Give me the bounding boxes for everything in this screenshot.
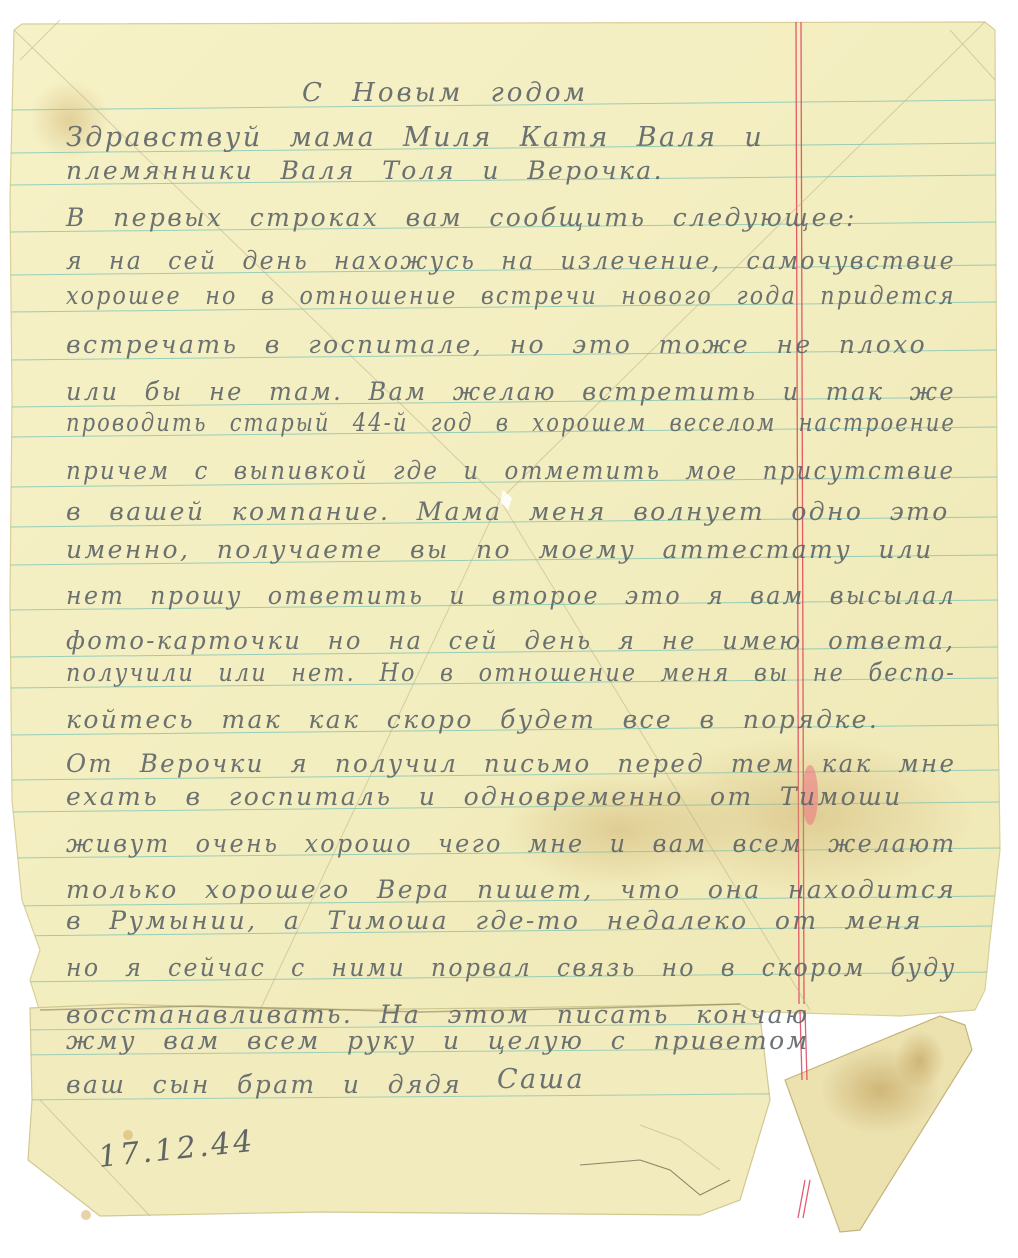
signature: Саша	[497, 1066, 585, 1093]
letter-line: встречать в госпитале, но это тоже не пл…	[66, 332, 927, 357]
letter-line: хорошее но в отношение встречи нового го…	[66, 283, 956, 308]
letter-line: или бы не там. Вам желаю встретить и так…	[66, 379, 956, 404]
letter-line: в Румынии, а Тимоша где-то недалеко от м…	[66, 908, 923, 933]
letter-line: фото-карточки но на сей день я не имею о…	[66, 628, 955, 653]
letter-line: получили или нет. Но в отношение меня вы…	[66, 660, 956, 685]
letter-line: нет прошу ответить и второе это я вам вы…	[66, 583, 956, 608]
letter-line: проводить старый 44-й год в хорошем весе…	[66, 410, 956, 435]
letter-line: только хорошего Вера пишет, что она нахо…	[66, 877, 956, 902]
letter-line: я на сей день нахожусь на излечение, сам…	[66, 248, 956, 273]
letter-body: С Новым годом Здравствуй мама Миля Катя …	[0, 0, 1018, 1258]
letter-line: причем с выпивкой где и отметить мое при…	[66, 458, 955, 483]
letter-line: ехать в госпиталь и одновременно от Тимо…	[66, 784, 903, 809]
letter-line: От Верочки я получил письмо перед тем ка…	[66, 751, 956, 776]
letter-line: ваш сын брат и дядя	[66, 1072, 462, 1097]
letter-line: Здравствуй мама Миля Катя Валя и	[66, 124, 764, 151]
letter-line: в вашей компание. Мама меня волнует одно…	[66, 499, 950, 524]
letter-line: именно, получаете вы по моему аттестату …	[66, 537, 934, 562]
letter-line: племянники Валя Толя и Верочка.	[66, 158, 664, 183]
letter-line: жму вам всем руку и целую с приветом	[66, 1028, 810, 1053]
letter-date: 17.12.44	[97, 1127, 257, 1173]
letter-line: койтесь так как скоро будет все в порядк…	[66, 707, 879, 732]
letter-line: живут очень хорошо чего мне и вам всем ж…	[66, 831, 956, 856]
letter-line: но я сейчас с ними порвал связь но в ско…	[66, 955, 957, 980]
letter-line: В первых строках вам сообщить следующее:	[66, 205, 857, 230]
letter-line: восстанавливать. На этом писать кончаю	[66, 1002, 809, 1027]
letter-sheet: С Новым годом Здравствуй мама Миля Катя …	[0, 0, 1018, 1258]
letter-title: С Новым годом	[302, 80, 588, 106]
